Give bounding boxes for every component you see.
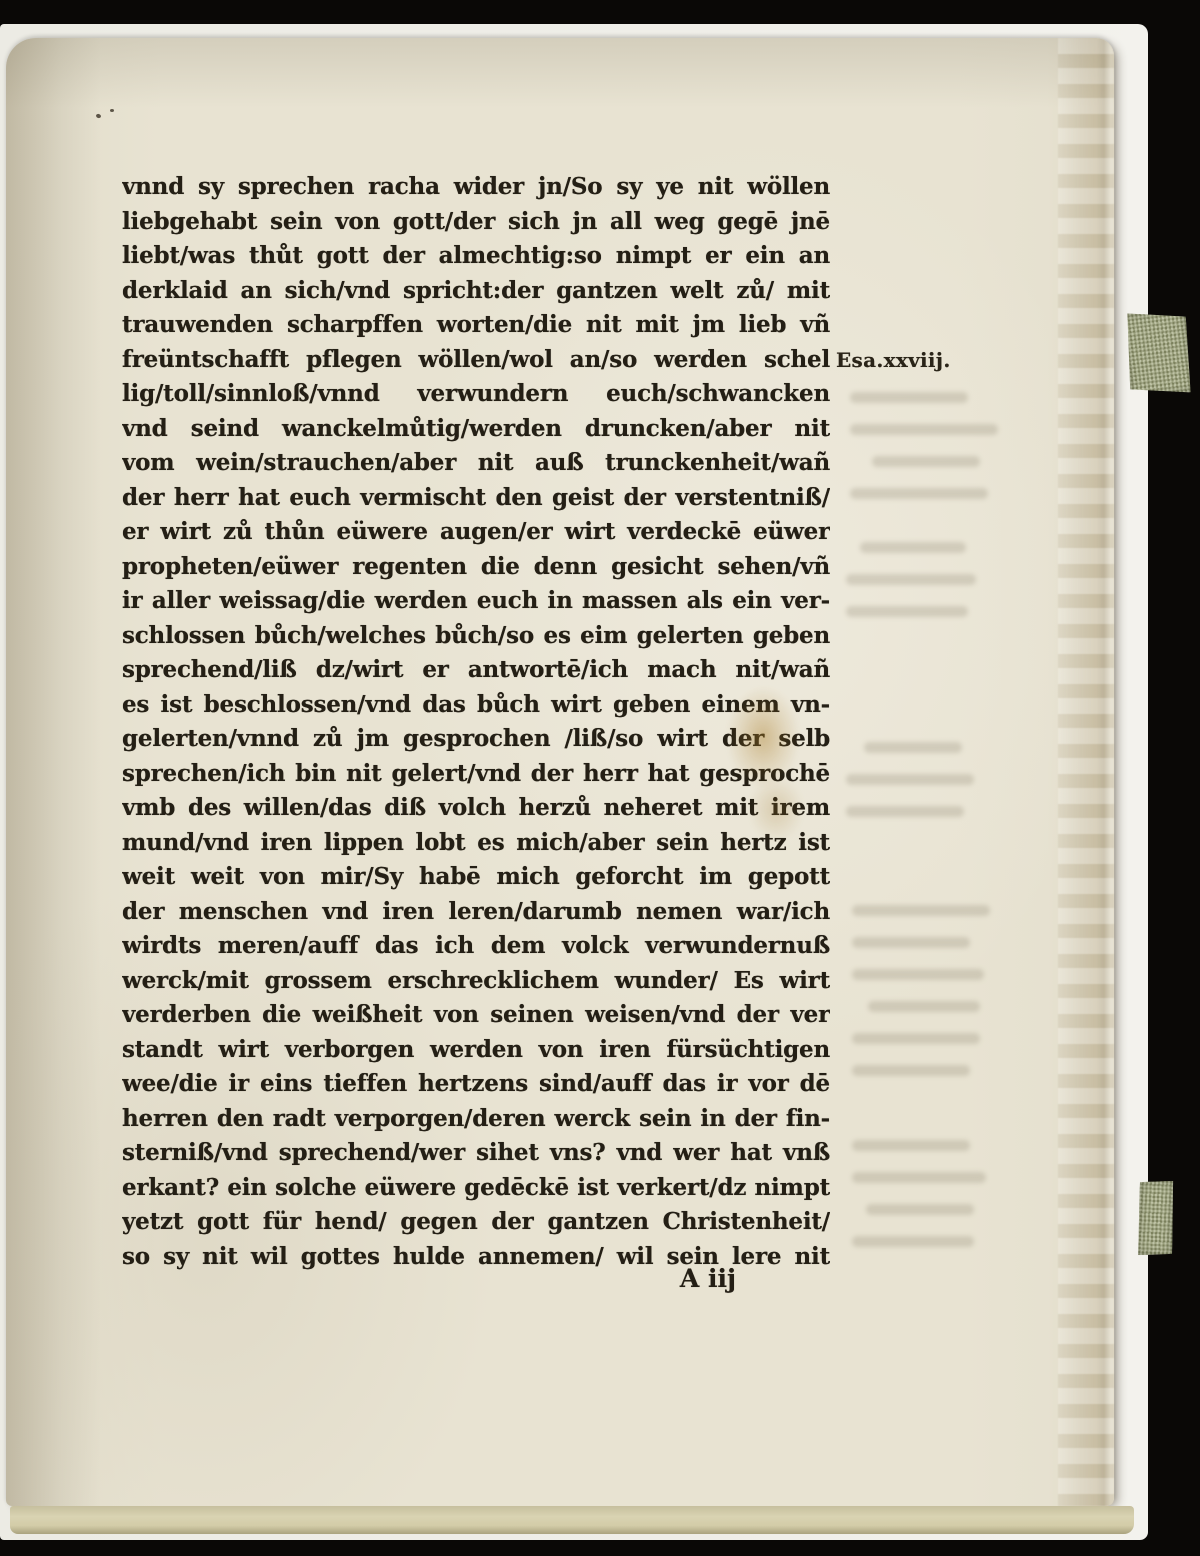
text-line: der herr hat euch vermischt den geist de…	[122, 481, 830, 516]
text-line: derklaid an sich/vnd spricht:der gantzen…	[122, 274, 830, 309]
text-line: yetzt gott für hend/ gegen der gantzen C…	[122, 1205, 830, 1240]
text-line: sprechen/ich bin nit gelert/vnd der herr…	[122, 757, 830, 792]
text-line: weit weit von mir/Sy habē mich geforcht …	[122, 860, 830, 895]
text-block: vnnd sy sprechen racha wider jn/So sy ye…	[122, 170, 830, 1274]
page-block-bottom-edge	[10, 1506, 1134, 1534]
bookmark-ribbon-top	[1121, 306, 1195, 399]
text-line: propheten/eüwer regenten die denn gesich…	[122, 550, 830, 585]
show-through-text	[846, 542, 976, 638]
deckle-edge	[1058, 38, 1114, 1506]
show-through-text	[846, 742, 974, 838]
text-line: herren den radt verporgen/deren werck se…	[122, 1102, 830, 1137]
text-line: verderben die weißheit von seinen weisen…	[122, 998, 830, 1033]
text-line: mund/vnd iren lippen lobt es mich/aber s…	[122, 826, 830, 861]
text-line: schlossen bůch/welches bůch/so es eim ge…	[122, 619, 830, 654]
text-line: ir aller weissag/die werden euch in mass…	[122, 584, 830, 619]
show-through-text	[850, 392, 998, 520]
text-line: es ist beschlossen/vnd das bůch wirt geb…	[122, 688, 830, 723]
text-line: erkant? ein solche eüwere gedēckē ist ve…	[122, 1171, 830, 1206]
show-through-text	[852, 1140, 986, 1268]
text-line: wee/die ir eins tieffen hertzens sind/au…	[122, 1067, 830, 1102]
text-line: vnd seind wanckelmůtig/werden druncken/a…	[122, 412, 830, 447]
bookmark-ribbon-bottom	[1136, 1179, 1176, 1257]
text-line: standt wirt verborgen werden von iren fü…	[122, 1033, 830, 1068]
text-line: lig/toll/sinnloß/vnnd verwundern euch/sc…	[122, 377, 830, 412]
marginal-note: Esa.xxviij.	[836, 348, 951, 372]
text-line: der menschen vnd iren leren/darumb nemen…	[122, 895, 830, 930]
text-line: sprechend/liß dz/wirt er antwortē/ich ma…	[122, 653, 830, 688]
text-line: vom wein/strauchen/aber nit auß truncken…	[122, 446, 830, 481]
text-line: liebgehabt sein von gott/der sich jn all…	[122, 205, 830, 240]
gutter-shadow	[6, 38, 101, 1506]
show-through-text	[852, 905, 990, 1097]
text-line: werck/mit grossem erschrecklichem wunder…	[122, 964, 830, 999]
top-edge-shadow	[6, 38, 1114, 108]
text-line: liebt/was thůt gott der almechtig:so nim…	[122, 239, 830, 274]
text-line: vmb des willen/das diß volch herzů neher…	[122, 791, 830, 826]
photograph-of-book: vnnd sy sprechen racha wider jn/So sy ye…	[0, 0, 1200, 1556]
text-line: gelerten/vnnd zů jm gesprochen /liß/so w…	[122, 722, 830, 757]
text-line: freüntschafft pflegen wöllen/wol an/so w…	[122, 343, 830, 378]
text-line: wirdts meren/auff das ich dem volck verw…	[122, 929, 830, 964]
signature-mark: A iij	[628, 1264, 788, 1293]
paper-stain	[748, 776, 804, 842]
paper-speck	[110, 109, 114, 112]
text-line: vnnd sy sprechen racha wider jn/So sy ye…	[122, 170, 830, 205]
text-line: trauwenden scharpffen worten/die nit mit…	[122, 308, 830, 343]
text-line: er wirt zů thůn eüwere augen/er wirt ver…	[122, 515, 830, 550]
text-line: sterniß/vnd sprechend/wer sihet vns? vnd…	[122, 1136, 830, 1171]
